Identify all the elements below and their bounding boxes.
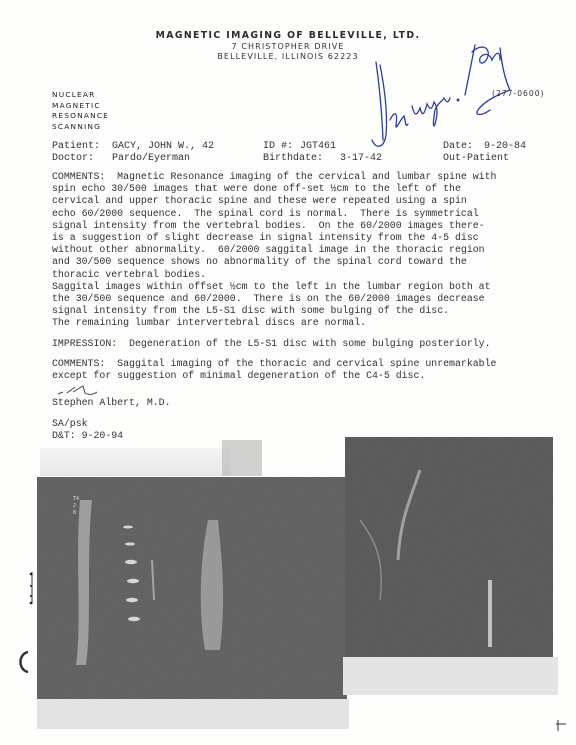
margin-marks [14, 570, 38, 680]
scan-artifact [343, 657, 558, 695]
binder-hole-icon [21, 652, 29, 672]
scan-artifact [37, 699, 349, 729]
corner-mark-icon [555, 717, 569, 733]
svg-text:8: 8 [73, 510, 76, 516]
mri-images: T4 2 8 [0, 0, 576, 745]
mri-right-scan [345, 437, 553, 657]
svg-text:T4: T4 [73, 496, 79, 502]
mri-left-scan: T4 2 8 [37, 477, 347, 699]
svg-text:2: 2 [73, 503, 76, 509]
